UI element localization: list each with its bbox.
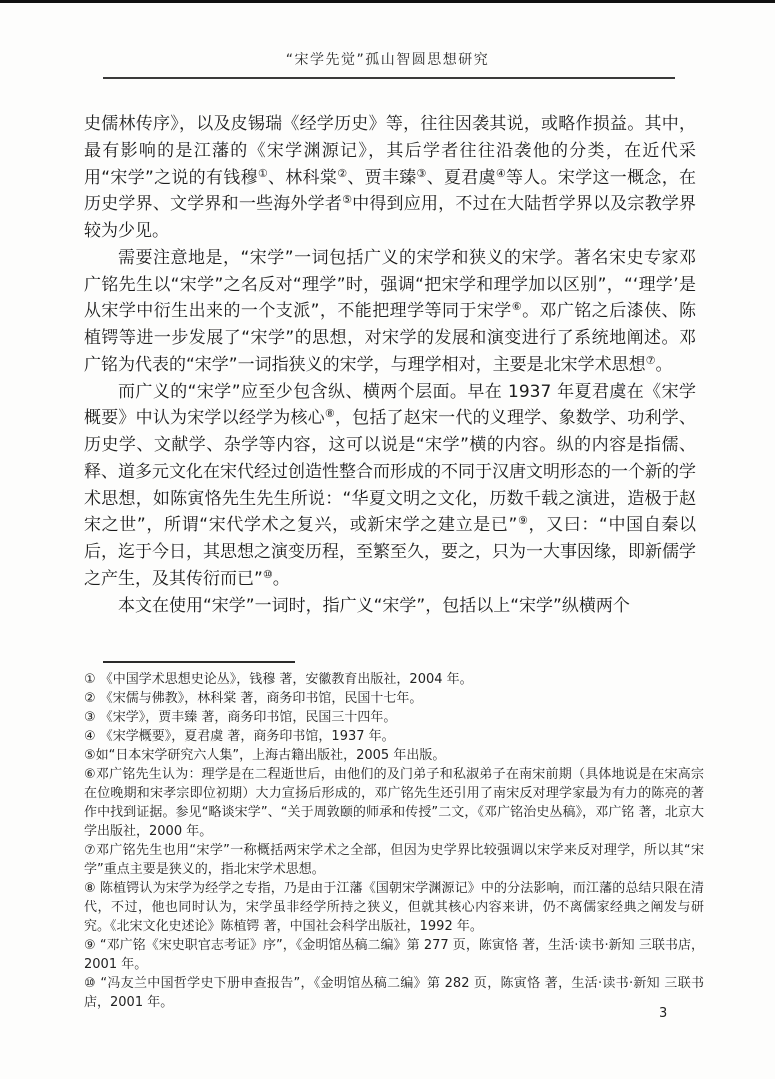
footnote-item: ⑩ “冯友兰中国哲学史下册申查报告”，《金明馆丛稿二编》第 282 页，陈寅恪 …: [84, 974, 704, 1012]
paragraph: 需要注意地是，“宋学”一词包括广义的宋学和狭义的宋学。著名宋史专家邓广铭先生以“…: [84, 245, 696, 379]
footnote-ref: ①: [258, 167, 268, 180]
footnote-ref: ⑩: [263, 568, 273, 581]
footnotes-section: ① 《中国学术思想史论丛》，钱穆 著，安徽教育出版社，2004 年。② 《宋儒与…: [84, 670, 704, 1012]
paragraph: 史儒林传序》，以及皮锡瑞《经学历史》等，往往因袭其说，或略作损益。其中，最有影响…: [84, 111, 696, 245]
footnote-ref: ③: [417, 167, 427, 180]
page-top-scan-rule: [0, 0, 775, 3]
footnote-ref: ⑥: [512, 300, 522, 313]
footnote-item: ① 《中国学术思想史论丛》，钱穆 著，安徽教育出版社，2004 年。: [84, 670, 704, 689]
footnote-item: ⑥邓广铭先生认为：理学是在二程逝世后，由他们的及门弟子和私淑弟子在南宋前期（具体…: [84, 765, 704, 841]
running-head-title: “宋学先觉”孤山智圆思想研究: [0, 49, 775, 69]
footnote-item: ④ 《宋学概要》，夏君虞 著，商务印书馆，1937 年。: [84, 727, 704, 746]
footnote-item: ⑨ “邓广铭《宋史职官志考证》序”，《金明馆丛稿二编》第 277 页，陈寅恪 著…: [84, 936, 704, 974]
page-number: 3: [659, 1006, 667, 1021]
footnote-item: ⑦邓广铭先生也用“宋学”一称概括两宋学术之全部，但因为史学界比较强调以宋学来反对…: [84, 841, 704, 879]
footnote-ref: ⑨: [517, 514, 528, 527]
footnote-item: ③ 《宋学》，贾丰臻 著，商务印书馆，民国三十四年。: [84, 708, 704, 727]
scanned-page: “宋学先觉”孤山智圆思想研究 史儒林传序》，以及皮锡瑞《经学历史》等，往往因袭其…: [0, 0, 775, 1079]
footnote-item: ⑤如“日本宋学研究六人集”，上海古籍出版社，2005 年出版。: [84, 746, 704, 765]
paragraph: 本文在使用“宋学”一词时，指广义“宋学”，包括以上“宋学”纵横两个: [84, 593, 696, 620]
running-head-rule: [103, 77, 675, 79]
footnote-ref: ②: [337, 167, 347, 180]
footnote-ref: ⑤: [342, 193, 352, 206]
footnote-ref: ⑧: [325, 407, 335, 420]
footnote-item: ⑧ 陈植锷认为宋学为经学之专指，乃是由于江藩《国朝宋学渊源记》中的分法影响，而江…: [84, 879, 704, 936]
paragraph: 而广义的“宋学”应至少包含纵、横两个层面。早在 1937 年夏君虞在《宋学概要》…: [84, 379, 696, 593]
footnote-separator: [103, 661, 295, 663]
footnote-ref: ⑦: [646, 354, 656, 367]
body-text: 史儒林传序》，以及皮锡瑞《经学历史》等，往往因袭其说，或略作损益。其中，最有影响…: [84, 111, 696, 619]
footnote-item: ② 《宋儒与佛教》，林科棠 著，商务印书馆，民国十七年。: [84, 689, 704, 708]
footnote-ref: ④: [496, 167, 506, 180]
